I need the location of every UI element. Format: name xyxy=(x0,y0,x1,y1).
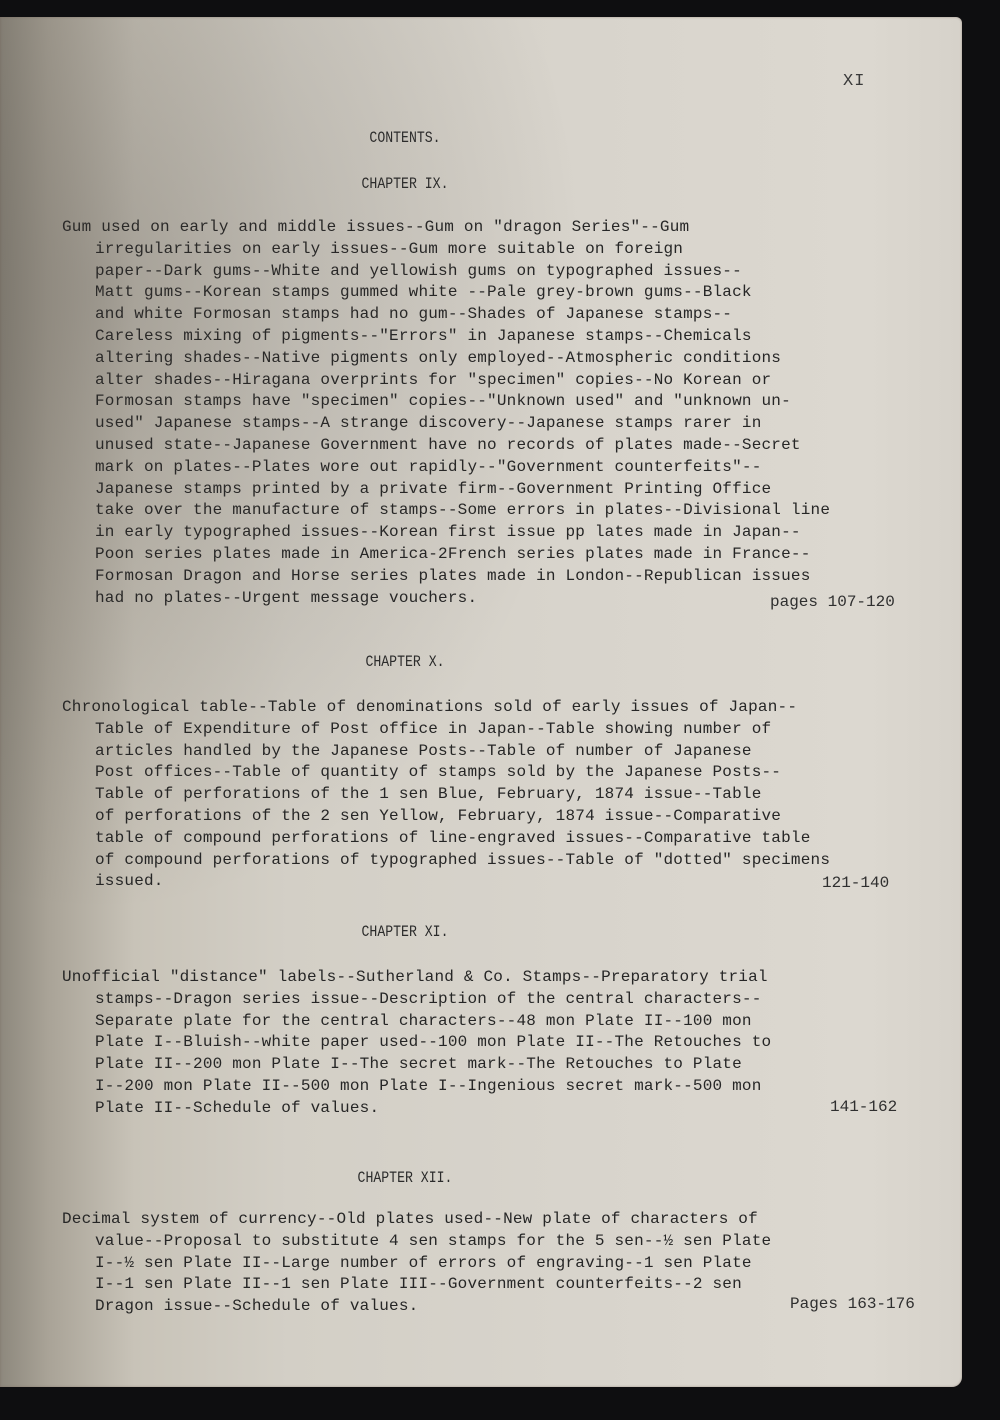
entry-line: articles handled by the Japanese Posts--… xyxy=(62,741,932,763)
page-range: 141-162 xyxy=(830,1098,897,1116)
entry-line: Matt gums--Korean stamps gummed white --… xyxy=(62,282,932,304)
entry-line: issued. xyxy=(62,871,932,893)
entry-line: of perforations of the 2 sen Yellow, Feb… xyxy=(62,806,932,828)
entry-line: Japanese stamps printed by a private fir… xyxy=(62,479,932,501)
contents-title: CONTENTS. xyxy=(61,129,750,147)
entry-line: in early typographed issues--Korean firs… xyxy=(62,522,932,544)
typewritten-page: XI CONTENTS. CHAPTER IX. Gum used on ear… xyxy=(0,17,962,1387)
entry-line: Formosan Dragon and Horse series plates … xyxy=(62,566,932,588)
entry-line: used" Japanese stamps--A strange discove… xyxy=(62,413,932,435)
entry-line: irregularities on early issues--Gum more… xyxy=(62,239,932,261)
entry-line: Table of perforations of the 1 sen Blue,… xyxy=(62,784,932,806)
entry-line: stamps--Dragon series issue--Description… xyxy=(62,989,932,1011)
entry-line: Plate II--200 mon Plate I--The secret ma… xyxy=(62,1054,932,1076)
entry-line: Plate II--Schedule of values. xyxy=(62,1098,932,1120)
entry-line: Formosan stamps have "specimen" copies--… xyxy=(62,391,932,413)
page-range: 121-140 xyxy=(822,874,889,892)
entry-line: value--Proposal to substitute 4 sen stam… xyxy=(62,1231,932,1253)
chapter-entry: Gum used on early and middle issues--Gum… xyxy=(62,217,932,609)
page-range: pages 107-120 xyxy=(770,593,895,611)
entry-line: I--200 mon Plate II--500 mon Plate I--In… xyxy=(62,1076,932,1098)
entry-line: of compound perforations of typographed … xyxy=(62,850,932,872)
page-folio-number: XI xyxy=(843,72,865,91)
page-range: Pages 163-176 xyxy=(790,1295,915,1313)
entry-line: paper--Dark gums--White and yellowish gu… xyxy=(62,261,932,283)
entry-line: Decimal system of currency--Old plates u… xyxy=(62,1209,932,1231)
entry-line: take over the manufacture of stamps--Som… xyxy=(62,500,932,522)
chapter-heading: CHAPTER XI. xyxy=(61,923,750,941)
entry-line: Plate I--Bluish--white paper used--100 m… xyxy=(62,1032,932,1054)
entry-line: alter shades--Hiragana overprints for "s… xyxy=(62,370,932,392)
chapter-entry: Chronological table--Table of denominati… xyxy=(62,697,932,893)
entry-line: Careless mixing of pigments--"Errors" in… xyxy=(62,326,932,348)
entry-line: Table of Expenditure of Post office in J… xyxy=(62,719,932,741)
entry-line: Post offices--Table of quantity of stamp… xyxy=(62,762,932,784)
entry-line: Chronological table--Table of denominati… xyxy=(62,697,932,719)
entry-line: I--1 sen Plate II--1 sen Plate III--Gove… xyxy=(62,1274,932,1296)
chapter-entry: Unofficial "distance" labels--Sutherland… xyxy=(62,967,932,1120)
chapter-heading: CHAPTER X. xyxy=(61,653,750,671)
chapter-heading: CHAPTER IX. xyxy=(61,175,750,193)
entry-line: Gum used on early and middle issues--Gum… xyxy=(62,217,932,239)
entry-line: I--½ sen Plate II--Large number of error… xyxy=(62,1253,932,1275)
entry-line: mark on plates--Plates wore out rapidly-… xyxy=(62,457,932,479)
entry-line: and white Formosan stamps had no gum--Sh… xyxy=(62,304,932,326)
entry-line: Poon series plates made in America-2Fren… xyxy=(62,544,932,566)
entry-line: Unofficial "distance" labels--Sutherland… xyxy=(62,967,932,989)
entry-line: unused state--Japanese Government have n… xyxy=(62,435,932,457)
entry-line: Separate plate for the central character… xyxy=(62,1011,932,1033)
entry-line: table of compound perforations of line-e… xyxy=(62,828,932,850)
entry-line: altering shades--Native pigments only em… xyxy=(62,348,932,370)
chapter-heading: CHAPTER XII. xyxy=(61,1169,750,1187)
